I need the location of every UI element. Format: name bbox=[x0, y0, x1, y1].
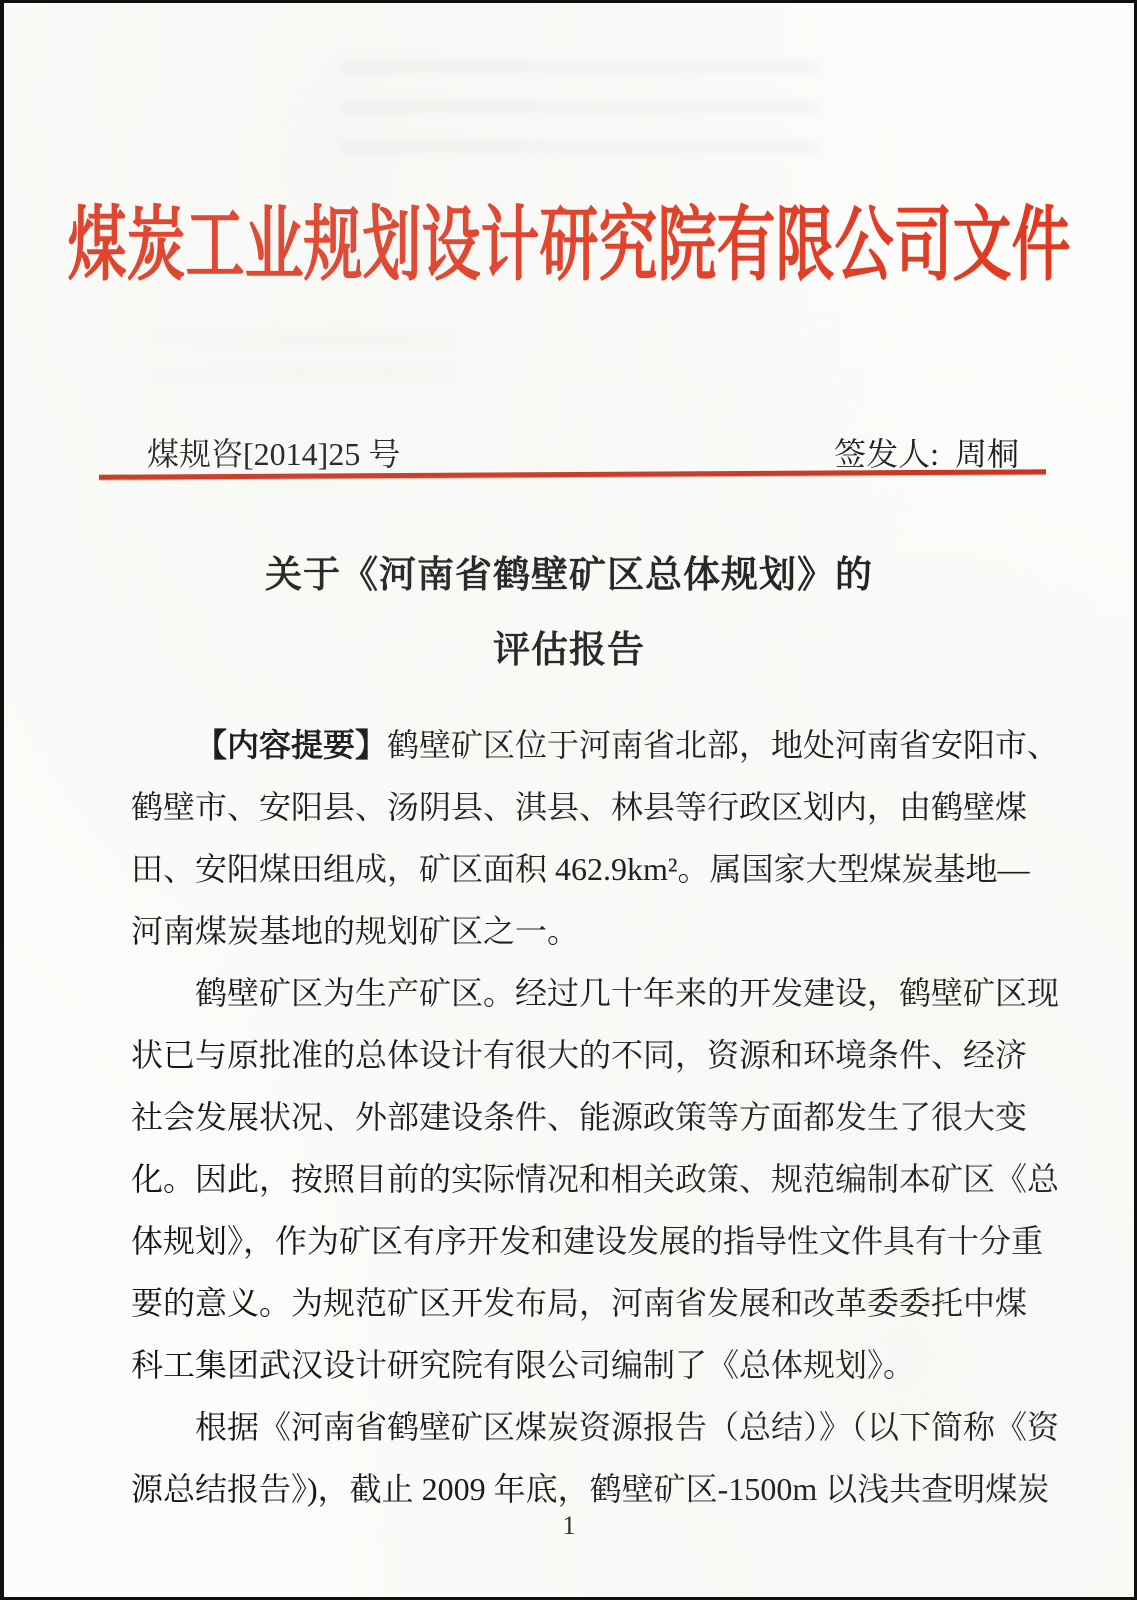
body-line: 田、安阳煤田组成，矿区面积 462.9km²。属国家大型煤炭基地— bbox=[131, 838, 1033, 900]
letterhead-title: 煤炭工业规划设计研究院有限公司文件 bbox=[4, 204, 1134, 287]
scan-stage: 煤炭工业规划设计研究院有限公司文件 煤规咨[2014]25 号 签发人: 周桐 … bbox=[0, 0, 1137, 1600]
document-title: 关于《河南省鹤壁矿区总体规划》的 评估报告 bbox=[4, 537, 1134, 687]
ink-bleed-artifact bbox=[339, 61, 819, 169]
body-line: 科工集团武汉设计研究院有限公司编制了《总体规划》。 bbox=[131, 1334, 1033, 1396]
scanned-document-page: 煤炭工业规划设计研究院有限公司文件 煤规咨[2014]25 号 签发人: 周桐 … bbox=[0, 0, 1137, 1600]
document-title-line2: 评估报告 bbox=[4, 612, 1134, 687]
ink-bleed-artifact bbox=[154, 333, 454, 403]
issuer-name: 周桐 bbox=[955, 429, 1019, 475]
body-line: 鹤壁矿区为生产矿区。经过几十年来的开发建设，鹤壁矿区现 bbox=[131, 962, 1033, 1024]
issuer: 签发人: 周桐 bbox=[834, 429, 1019, 475]
body-line: 要的意义。为规范矿区开发布局，河南省发展和改革委委托中煤 bbox=[131, 1272, 1033, 1334]
document-body: 【内容提要】鹤壁矿区位于河南省北部，地处河南省安阳市、 鹤壁市、安阳县、汤阴县、… bbox=[131, 714, 1033, 1520]
body-line: 体规划》，作为矿区有序开发和建设发展的指导性文件具有十分重 bbox=[131, 1210, 1033, 1272]
issuer-label: 签发人: bbox=[834, 429, 939, 475]
document-number-row: 煤规咨[2014]25 号 签发人: 周桐 bbox=[147, 429, 1019, 475]
body-line: 【内容提要】鹤壁矿区位于河南省北部，地处河南省安阳市、 bbox=[131, 714, 1033, 776]
body-line: 社会发展状况、外部建设条件、能源政策等方面都发生了很大变 bbox=[131, 1086, 1033, 1148]
page-number: 1 bbox=[4, 1511, 1134, 1541]
body-line: 根据《河南省鹤壁矿区煤炭资源报告（总结）》（以下简称《资 bbox=[131, 1396, 1033, 1458]
body-text-run: 鹤壁矿区位于河南省北部，地处河南省安阳市、 bbox=[387, 727, 1059, 763]
document-title-line1: 关于《河南省鹤壁矿区总体规划》的 bbox=[4, 537, 1134, 612]
body-line: 化。因此，按照目前的实际情况和相关政策、规范编制本矿区《总 bbox=[131, 1148, 1033, 1210]
body-line: 河南煤炭基地的规划矿区之一。 bbox=[131, 900, 1033, 962]
body-line: 鹤壁市、安阳县、汤阴县、淇县、林县等行政区划内，由鹤壁煤 bbox=[131, 776, 1033, 838]
abstract-label: 【内容提要】 bbox=[195, 727, 387, 763]
document-number: 煤规咨[2014]25 号 bbox=[147, 429, 400, 475]
body-line: 状已与原批准的总体设计有很大的不同，资源和环境条件、经济 bbox=[131, 1024, 1033, 1086]
